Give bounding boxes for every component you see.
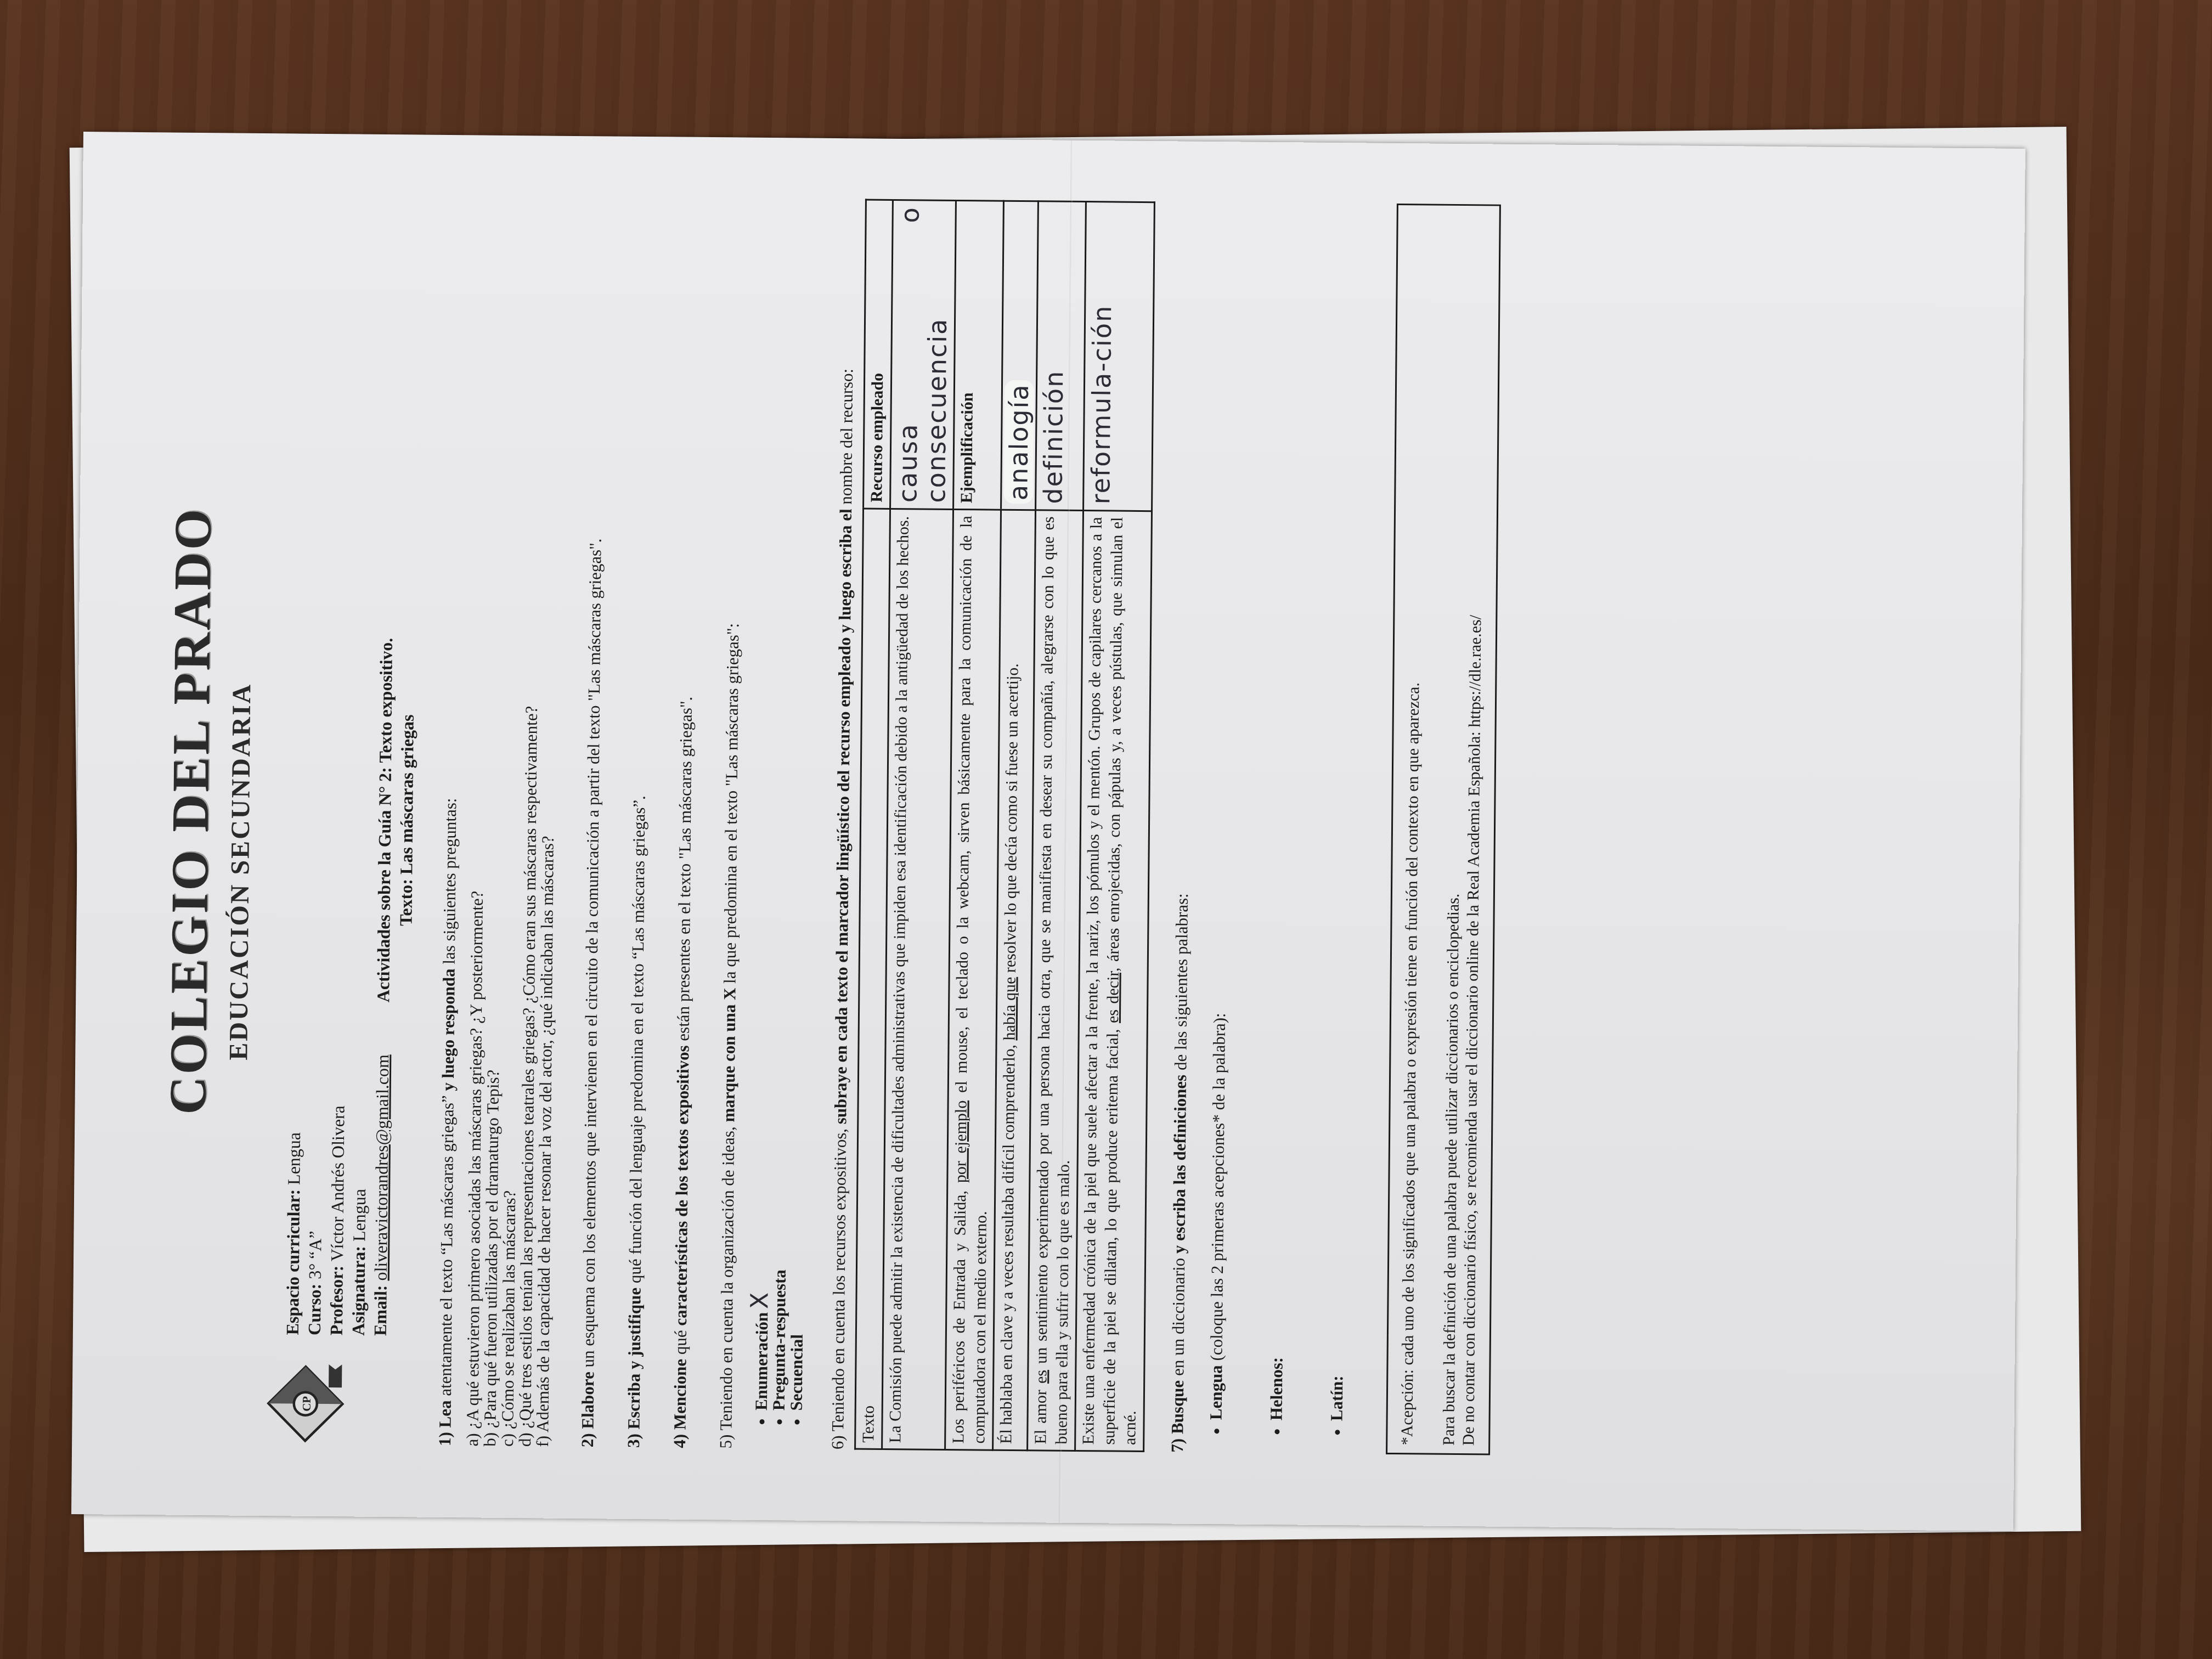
row-answer-printed: Ejemplificación bbox=[953, 200, 1004, 510]
definition-words: Lengua (coloque las 2 primeras acepcione… bbox=[1205, 202, 1358, 1454]
worksheet-page: CP COLEGIO DEL PRADO EDUCACIÓN SECUNDARI… bbox=[71, 132, 2025, 1531]
resources-table: Texto Recurso empleado La Comisión puede… bbox=[854, 199, 1155, 1453]
question-2: 2) Elabore un esquema con los elementos … bbox=[577, 196, 610, 1447]
school-subtitle: EDUCACIÓN SECUNDARIA bbox=[223, 682, 257, 1060]
question-5: 5) Teniendo en cuenta la organización de… bbox=[715, 198, 748, 1448]
word-latin: Latín: bbox=[1326, 203, 1358, 1421]
word-helenos: Helenos: bbox=[1266, 202, 1298, 1420]
header-recurso: Recurso empleado bbox=[864, 200, 893, 509]
word-lengua: Lengua (coloque las 2 primeras acepcione… bbox=[1205, 202, 1238, 1420]
row-text: Existe una enfermedad crónica de la piel… bbox=[1075, 511, 1152, 1452]
row-text: Los periféricos de Entrada y Salida, por… bbox=[945, 509, 1001, 1450]
question-1: 1) Lea atentamente el texto “Las máscara… bbox=[434, 195, 467, 1446]
row-answer-handwritten[interactable]: reformula-ción bbox=[1084, 202, 1155, 511]
school-crest-icon: CP bbox=[264, 1362, 347, 1445]
question-6: 6) Teniendo en cuenta los recursos expos… bbox=[827, 199, 860, 1449]
question-1-items: a) ¿A qué estuvieron primero asociadas l… bbox=[464, 195, 562, 1447]
school-name: COLEGIO DEL PRADO bbox=[157, 506, 223, 1115]
underlined-marker: por ejemplo bbox=[951, 1101, 970, 1183]
footnote-box: *Acepción: cada uno de los significados … bbox=[1386, 204, 1501, 1455]
row-text: La Comisión puede admitir la existencia … bbox=[882, 509, 953, 1449]
question-4: 4) Mencione qué características de los t… bbox=[669, 198, 702, 1448]
course-info: Espacio curricular: Lengua Curso: 3° “A”… bbox=[281, 1053, 393, 1336]
row-answer-handwritten[interactable]: causa o consecuencia bbox=[890, 200, 956, 509]
espacio-curricular: Espacio curricular: Lengua bbox=[281, 1053, 306, 1335]
correction-fluid-mark: analogía bbox=[1003, 380, 1034, 504]
email-link[interactable]: oliveravictorandres@gmail.com bbox=[371, 1054, 393, 1281]
profesor: Profesor: Víctor Andrés Olivera bbox=[325, 1054, 349, 1335]
underlined-marker: es bbox=[1032, 1370, 1050, 1384]
question-3: 3) Escriba y justifique qué función del … bbox=[623, 197, 656, 1448]
email: Email: oliveravictorandres@gmail.com bbox=[369, 1054, 393, 1336]
row-text: El amor es un sentimiento experimentado … bbox=[1028, 510, 1084, 1451]
organization-options: EnumeraciónX Pregunta-respuesta Secuenci… bbox=[750, 198, 816, 1449]
question-7: 7) Busque en un diccionario y escriba la… bbox=[1166, 202, 1199, 1453]
asignatura: Asignatura: Lengua bbox=[347, 1054, 371, 1336]
underlined-marker: es decir, bbox=[1104, 967, 1122, 1023]
svg-text:CP: CP bbox=[300, 1396, 313, 1411]
underlined-marker: había que bbox=[1001, 977, 1019, 1040]
header: CP COLEGIO DEL PRADO EDUCACIÓN SECUNDARI… bbox=[121, 193, 368, 1446]
curso: Curso: 3° “A” bbox=[303, 1054, 328, 1335]
table-row: Existe una enfermedad crónica de la piel… bbox=[1075, 202, 1155, 1452]
row-answer-handwritten[interactable]: analogía bbox=[1001, 201, 1039, 510]
table-row: La Comisión puede admitir la existencia … bbox=[882, 200, 956, 1449]
row-answer-handwritten[interactable]: definición bbox=[1036, 201, 1086, 511]
